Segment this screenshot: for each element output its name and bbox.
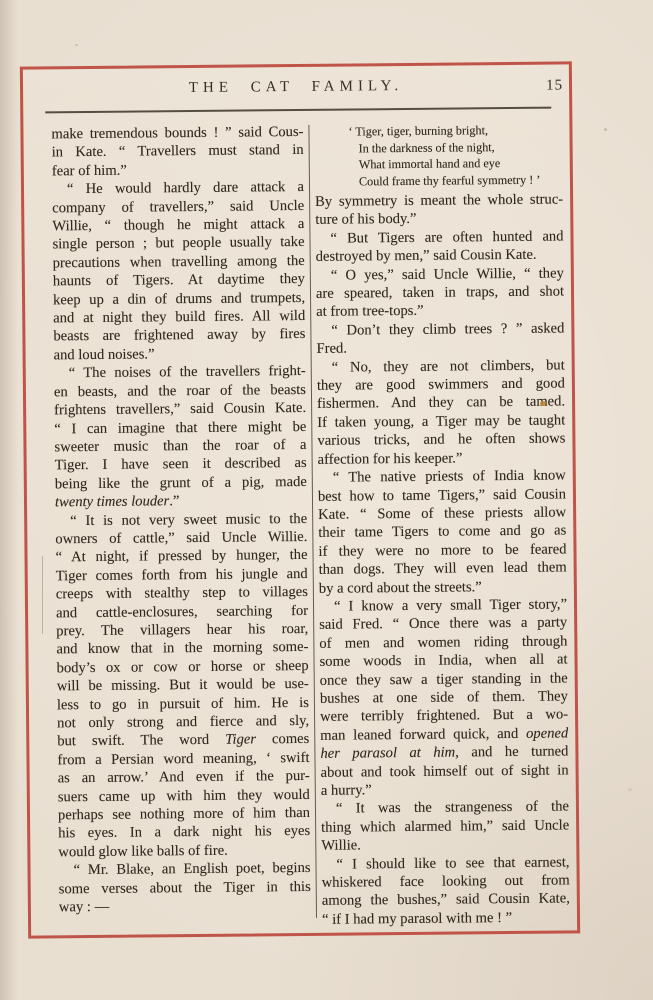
text-line: “ I should like to see that earnest, [321, 853, 569, 874]
italic-text: opened [526, 725, 568, 741]
text-line: their tame Tigers to come and go as [318, 522, 566, 543]
plain-text: sweeter music than the roar of a [54, 437, 306, 455]
text-line: his eyes. In a dark night his eyes [58, 822, 310, 843]
text-line: by a cord about the streets.” [319, 577, 567, 598]
poem-line: Could frame thy fearful symmetry ! ’ [315, 171, 563, 190]
text-line: at from tree-tops.” [316, 301, 564, 322]
text-line: fear of him.” [52, 160, 304, 181]
paragraph: “ It was the strangeness of thething whi… [321, 798, 570, 856]
text-line: keep up a din of drums and trumpets, [53, 289, 305, 310]
plain-text: about and took himself out of sight in [321, 762, 569, 780]
text-line: sweeter music than the roar of a [54, 436, 306, 457]
poem: ‘ Tiger, tiger, burning bright,In the da… [314, 121, 563, 189]
text-line: haunts of Tigers. At daytime they [53, 270, 305, 291]
plain-text: way : — [59, 899, 109, 915]
text-line: among the bushes,” said Cousin Kate, [322, 890, 570, 911]
text-line: thing which alarmed him,” said Uncle [321, 816, 569, 837]
paragraph: “ Don’t they climb trees ? ” askedFred. [316, 319, 564, 358]
plain-text: fishermen. And they can be tamed. [317, 394, 565, 412]
plain-text: “ It is not very sweet music to the [70, 510, 307, 528]
paragraph: “ The native priests of India knowbest h… [318, 467, 567, 598]
text-line: “ No, they are not climbers, but [317, 356, 565, 377]
text-line: precautions when travelling among the [53, 252, 305, 273]
text-line: If taken young, a Tiger may be taught [317, 411, 565, 432]
plain-text: Tiger. I have seen it described as [55, 455, 307, 473]
plain-text: keep up a din of drums and trumpets, [53, 290, 305, 308]
text-line: her parasol at him, and he turned [320, 743, 568, 764]
text-line: said Fred. “ Once there was a party [319, 614, 567, 635]
paragraph: By symmetry is meant the whole struc-tur… [315, 190, 563, 229]
text-line: as an arrow.’ And even if the pur- [58, 767, 310, 788]
plain-text: and cattle-enclosures, searching for [56, 602, 308, 620]
plain-text: whiskered face looking out from [322, 872, 570, 890]
paragraph: “ The noises of the travellers fright-en… [54, 362, 307, 512]
plain-text: If taken young, a Tiger may be taught [317, 412, 565, 430]
plain-text: “ I can imagine that there might be [54, 418, 306, 436]
plain-text: not only strong and fierce and sly, [57, 713, 309, 731]
text-line: frightens travellers,” said Cousin Kate. [54, 399, 306, 420]
text-line: way : — [59, 896, 311, 917]
plain-text: “ I should like to see that earnest, [336, 854, 569, 872]
text-line: prey. The villagers hear his roar, [56, 620, 308, 641]
plain-text: “ if I had my parasol with me ! ” [322, 910, 512, 928]
text-line: but swift. The word Tiger comes [57, 730, 309, 751]
text-line: creeps with stealthy step to villages [56, 583, 308, 604]
plain-text: his eyes. In a dark night his eyes [58, 823, 310, 841]
text-line: owners of cattle,” said Uncle Willie. [55, 528, 307, 549]
plain-text: ture of his body.” [315, 211, 416, 228]
plain-text: various tricks, and he often shows [317, 431, 565, 449]
plain-text: thing which alarmed him,” said Uncle [321, 817, 569, 835]
italic-text: twenty times louder [55, 493, 169, 510]
plain-text: their tame Tigers to come and go as [318, 523, 566, 541]
paragraph: make tremendous bounds ! ” said Cous-in … [51, 123, 304, 181]
plain-text: Kate. “ Some of these priests allow [318, 504, 566, 522]
text-line: being like the grunt of a pig, made [55, 473, 307, 494]
plain-text: will be missing. But it would be use- [57, 676, 309, 694]
plain-text: “ I know a very small Tiger story,” [334, 596, 567, 614]
plain-text: “ The noises of the travellers fright- [69, 363, 306, 381]
text-line: “ I know a very small Tiger story,” [319, 595, 567, 616]
text-line: best how to tame Tigers,” said Cousin [318, 485, 566, 506]
plain-text: beasts are frightened away by fires [53, 326, 305, 344]
plain-text: some woods in India, when all at [319, 652, 567, 670]
text-line: company of travellers,” said Uncle [52, 197, 304, 218]
text-line: bushes at one side of them. They [320, 687, 568, 708]
italic-text: Tiger [225, 732, 256, 748]
plain-text: creeps with stealthy step to villages [56, 584, 308, 602]
paper-speck [604, 128, 607, 131]
plain-text: perhaps see nothing more of him than [58, 805, 310, 823]
text-line: make tremendous bounds ! ” said Cous- [51, 123, 303, 144]
text-line: “ It is not very sweet music to the [55, 509, 307, 530]
text-line: “ But Tigers are often hunted and [315, 227, 563, 248]
plain-text: affection for his keeper.” [318, 450, 463, 467]
plain-text: are speared, taken in traps, and shot [316, 283, 564, 301]
plain-text: .” [169, 493, 179, 509]
plain-text: than dogs. They will even lead them [319, 560, 567, 578]
plain-text: Willie, “ though he might attack a [52, 216, 304, 234]
text-line: some woods in India, when all at [319, 651, 567, 672]
text-line: en beasts, and the roar of the beasts [54, 381, 306, 402]
text-line: from a Persian word meaning, ‘ swift [57, 749, 309, 770]
text-line: and cattle-enclosures, searching for [56, 601, 308, 622]
text-line: than dogs. They will even lead them [319, 559, 567, 580]
plain-text: from a Persian word meaning, ‘ swift [57, 750, 309, 768]
plain-text: haunts of Tigers. At daytime they [53, 271, 305, 289]
text-line: Tiger. I have seen it described as [55, 454, 307, 475]
plain-text: and know that in the morning some- [56, 639, 308, 657]
plain-text: “ But Tigers are often hunted and [330, 228, 563, 246]
paragraph: “ But Tigers are often hunted anddestroy… [315, 227, 563, 266]
text-line: man leaned forward quick, and opened [320, 724, 568, 745]
plain-text: but swift. The word [57, 732, 225, 750]
plain-text: “ It was the strangeness of the [336, 799, 569, 817]
text-line: and loud noises.” [54, 344, 306, 365]
text-line: perhaps see nothing more of him than [58, 804, 310, 825]
text-line: were terribly frightened. But a wo- [320, 706, 568, 727]
plain-text: “ Don’t they climb trees ? ” asked [331, 320, 564, 338]
paper-speck [628, 788, 632, 791]
text-line: a hurry.” [321, 779, 569, 800]
plain-text: , and he turned [455, 744, 568, 761]
text-line: “ He would hardly dare attack a [52, 178, 304, 199]
text-line: if they were no more to be feared [318, 540, 566, 561]
plain-text: less to go in pursuit of him. He is [57, 695, 309, 713]
plain-text: best how to tame Tigers,” said Cousin [318, 486, 566, 504]
book-page-scan: THE CAT FAMILY. 15 make tremendous bound… [0, 0, 653, 1000]
plain-text: “ At night, if pressed by hunger, the [55, 547, 307, 565]
plain-text: destroyed by men,” said Cousin Kate. [316, 247, 537, 265]
text-line: suers came up with him they would [58, 786, 310, 807]
text-line: will be missing. But it would be use- [57, 675, 309, 696]
text-line: Tiger comes forth from his jungle and [56, 565, 308, 586]
text-line: twenty times louder.” [55, 491, 307, 512]
text-line: beasts are frightened away by fires [53, 325, 305, 346]
plain-text: man leaned forward quick, and [320, 726, 526, 744]
text-line: and at night they build fires. All wild [53, 307, 305, 328]
plain-text: Fred. [316, 341, 347, 357]
plain-text: frightens travellers,” said Cousin Kate. [54, 400, 306, 418]
plain-text: were terribly frightened. But a wo- [320, 707, 568, 725]
paper-speck [75, 44, 78, 46]
text-line: “ At night, if pressed by hunger, the [55, 546, 307, 567]
column-left: make tremendous bounds ! ” said Cous-in … [51, 123, 311, 930]
italic-text: her parasol at him [320, 745, 455, 762]
text-line: “ The noises of the travellers fright- [54, 362, 306, 383]
text-line: whiskered face looking out from [322, 871, 570, 892]
ink-speck [540, 401, 546, 406]
page-number: 15 [546, 77, 563, 94]
header-rule [45, 107, 551, 113]
paragraph: “ O yes,” said Uncle Willie, “ theyare s… [316, 264, 565, 322]
text-line: Willie, “ though he might attack a [52, 215, 304, 236]
paragraph: “ I should like to see that earnest,whis… [321, 853, 570, 928]
paragraph: “ He would hardly dare attack acompany o… [52, 178, 306, 364]
plain-text: body’s ox or cow or horse or sheep [57, 658, 309, 676]
plain-text: fear of him.” [52, 162, 127, 179]
plain-text: at from tree-tops.” [316, 303, 424, 320]
paragraph: “ I know a very small Tiger story,”said … [319, 595, 569, 800]
text-line: body’s ox or cow or horse or sheep [57, 657, 309, 678]
plain-text: Willie. [321, 838, 361, 854]
plain-text: “ Mr. Blake, an English poet, begins [73, 860, 310, 878]
plain-text: “ O yes,” said Uncle Willie, “ they [331, 265, 564, 283]
plain-text: once they saw a tiger standing in the [320, 670, 568, 688]
plain-text: bushes at one side of them. They [320, 688, 568, 706]
plain-text: comes [256, 731, 309, 748]
text-line: “ Mr. Blake, an English poet, begins [58, 859, 310, 880]
stray-pencil-mark [42, 556, 43, 634]
text-line: Kate. “ Some of these priests allow [318, 503, 566, 524]
paragraph: “ No, they are not climbers, butthey are… [317, 356, 566, 469]
paragraph: “ It is not very sweet music to theowner… [55, 509, 310, 861]
text-line: fishermen. And they can be tamed. [317, 393, 565, 414]
plain-text: By symmetry is meant the whole struc- [315, 191, 563, 209]
text-line: less to go in pursuit of him. He is [57, 694, 309, 715]
plain-text: a hurry.” [321, 782, 372, 798]
plain-text: “ The native priests of India know [333, 468, 566, 486]
plain-text: en beasts, and the roar of the beasts [54, 382, 306, 400]
text-line: Willie. [321, 835, 569, 856]
plain-text: Could frame thy fearful symmetry ! ’ [359, 172, 541, 188]
text-line: once they saw a tiger standing in the [320, 669, 568, 690]
plain-text: “ No, they are not climbers, but [332, 357, 565, 375]
text-line: “ if I had my parasol with me ! ” [322, 908, 570, 928]
plain-text: and at night they build fires. All wild [53, 308, 305, 326]
plain-text: in Kate. “ Travellers must stand in [52, 142, 304, 160]
plain-text: “ He would hardly dare attack a [67, 179, 304, 197]
plain-text: as an arrow.’ And even if the pur- [58, 768, 310, 786]
text-line: and know that in the morning some- [56, 638, 308, 659]
text-line: they are good swimmers and good [317, 375, 565, 396]
plain-text: precautions when travelling among the [53, 253, 305, 271]
text-line: “ O yes,” said Uncle Willie, “ they [316, 264, 564, 285]
text-line: By symmetry is meant the whole struc- [315, 190, 563, 211]
text-line: “ The native priests of India know [318, 467, 566, 488]
paragraph: “ Mr. Blake, an English poet, beginssome… [58, 859, 311, 917]
text-line: not only strong and fierce and sly, [57, 712, 309, 733]
plain-text: company of travellers,” said Uncle [52, 198, 304, 216]
page-frame: THE CAT FAMILY. 15 make tremendous bound… [20, 61, 580, 938]
plain-text: single person ; but people usually take [52, 234, 304, 252]
text-line: about and took himself out of sight in [321, 761, 569, 782]
text-line: Fred. [316, 338, 564, 359]
plain-text: would glow like balls of fire. [58, 843, 228, 861]
plain-text: In the darkness of the night, [359, 140, 495, 155]
text-line: would glow like balls of fire. [58, 841, 310, 862]
plain-text: of men and women riding through [319, 633, 567, 651]
page-title: THE CAT FAMILY. [23, 76, 569, 98]
plain-text: said Fred. “ Once there was a party [319, 615, 567, 633]
plain-text: and loud noises.” [54, 346, 155, 363]
plain-text: some verses about the Tiger in this [59, 879, 311, 897]
text-columns: make tremendous bounds ! ” said Cous-in … [51, 120, 570, 930]
plain-text: by a cord about the streets.” [319, 579, 482, 597]
plain-text: prey. The villagers hear his roar, [56, 621, 308, 639]
text-line: “ Don’t they climb trees ? ” asked [316, 319, 564, 340]
text-line: in Kate. “ Travellers must stand in [52, 141, 304, 162]
text-line: “ It was the strangeness of the [321, 798, 569, 819]
text-line: of men and women riding through [319, 632, 567, 653]
text-line: single person ; but people usually take [52, 233, 304, 254]
column-right: ‘ Tiger, tiger, burning bright,In the da… [314, 120, 570, 927]
text-line: various tricks, and he often shows [317, 430, 565, 451]
text-line: are speared, taken in traps, and shot [316, 282, 564, 303]
text-line: destroyed by men,” said Cousin Kate. [316, 246, 564, 267]
plain-text: make tremendous bounds ! ” said Cous- [51, 124, 303, 142]
plain-text: being like the grunt of a pig, made [55, 474, 307, 492]
plain-text: What immortal hand and eye [359, 156, 501, 171]
text-line: some verses about the Tiger in this [59, 878, 311, 899]
plain-text: they are good swimmers and good [317, 376, 565, 394]
text-line: ture of his body.” [315, 209, 563, 230]
plain-text: ‘ Tiger, tiger, burning bright, [348, 123, 488, 138]
text-line: affection for his keeper.” [318, 448, 566, 469]
plain-text: Tiger comes forth from his jungle and [56, 566, 308, 584]
plain-text: among the bushes,” said Cousin Kate, [322, 891, 570, 909]
page-edge-shadow [0, 0, 18, 1000]
plain-text: owners of cattle,” said Uncle Willie. [55, 529, 307, 547]
plain-text: if they were no more to be feared [318, 541, 566, 559]
plain-text: suers came up with him they would [58, 787, 310, 805]
text-line: “ I can imagine that there might be [54, 417, 306, 438]
